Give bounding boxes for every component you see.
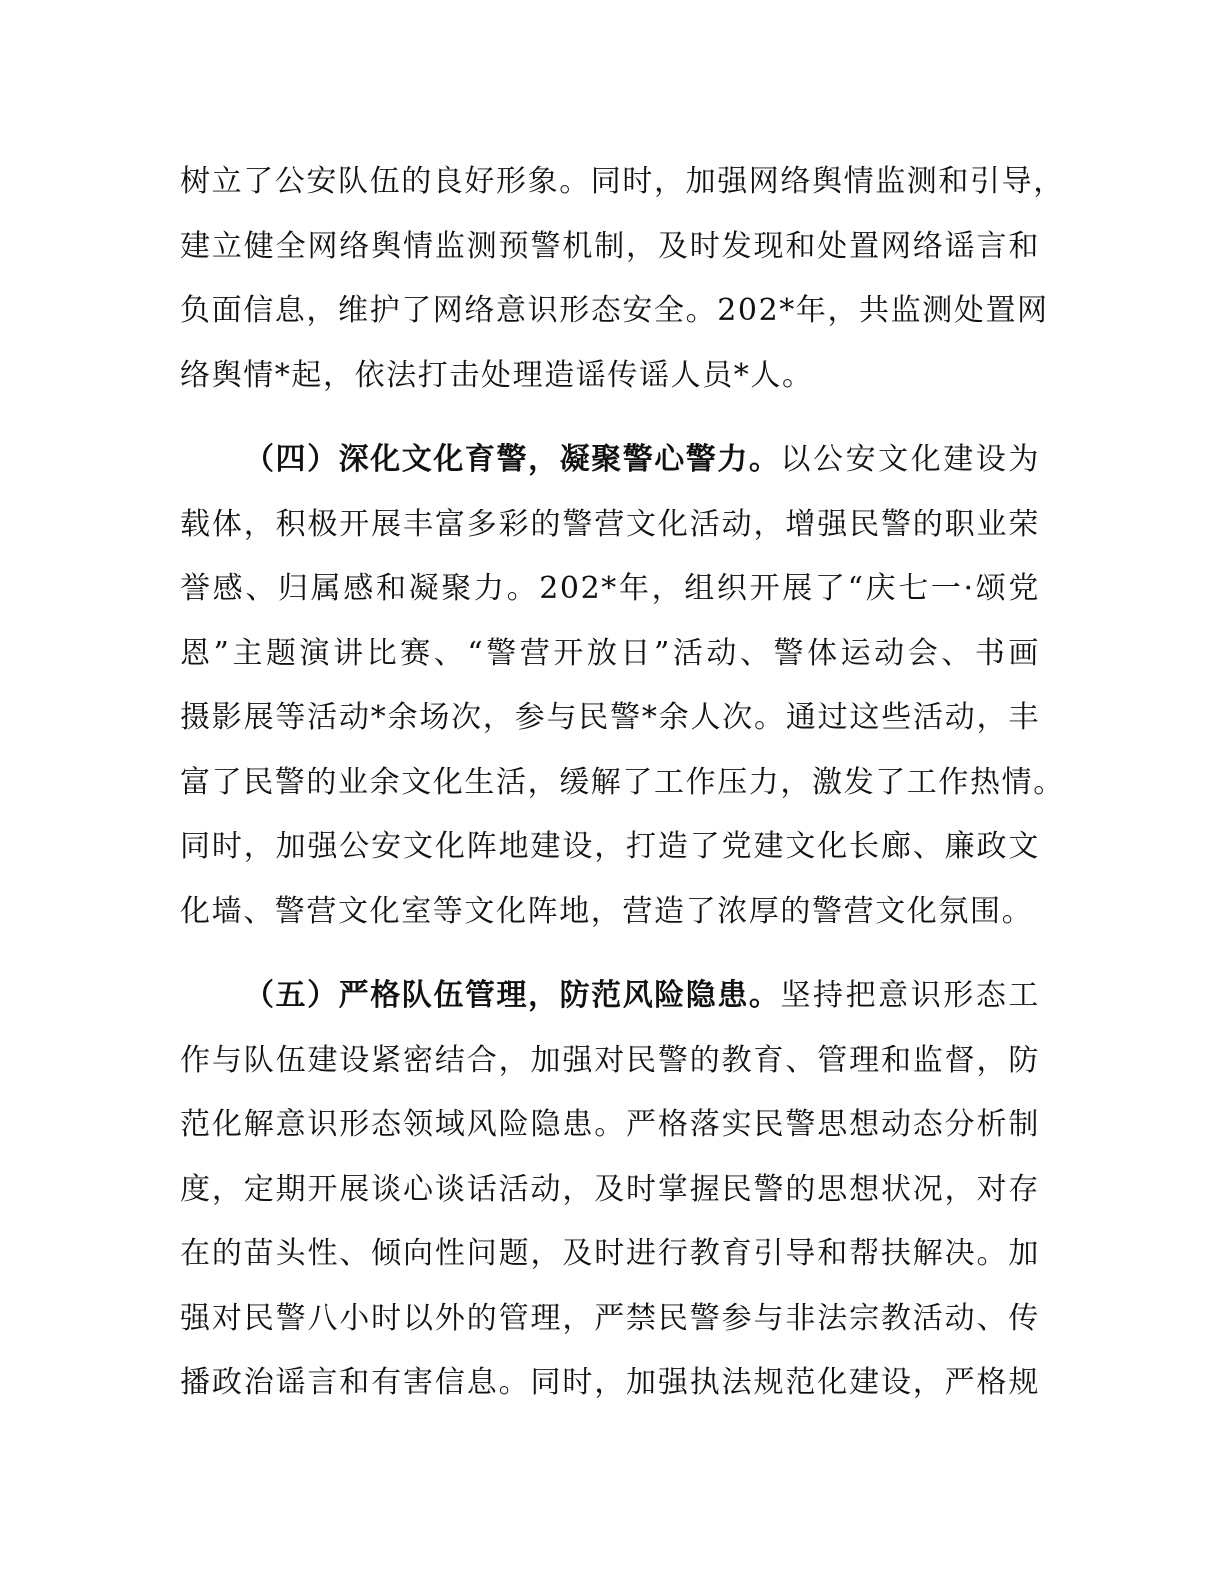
- text-line: 恩”主题演讲比赛、“警营开放日”活动、警体运动会、书画: [180, 622, 1040, 687]
- section-5-first-line: （五）严格队伍管理，防范风险隐患。坚持把意识形态工: [180, 964, 1040, 1029]
- text-line: 建立健全网络舆情监测预警机制，及时发现和处置网络谣言和: [180, 215, 1040, 280]
- section-4-first-line: （四）深化文化育警，凝聚警心警力。以公安文化建设为: [180, 428, 1040, 493]
- text-line: 誉感、归属感和凝聚力。202*年，组织开展了“庆七一·颂党: [180, 557, 1040, 622]
- section-4-heading: （四）深化文化育警，凝聚警心警力。: [244, 442, 780, 477]
- paragraph-section-4: （四）深化文化育警，凝聚警心警力。以公安文化建设为 载体，积极开展丰富多彩的警营…: [180, 428, 1040, 944]
- text-line: 化墙、警营文化室等文化阵地，营造了浓厚的警营文化氛围。: [180, 880, 1040, 945]
- text-line: 载体，积极开展丰富多彩的警营文化活动，增强民警的职业荣: [180, 493, 1040, 558]
- text-line: 络舆情*起，依法打击处理造谣传谣人员*人。: [180, 344, 1040, 409]
- section-5-first-line-rest: 坚持把意识形态工: [780, 978, 1040, 1013]
- paragraph-continuation: 树立了公安队伍的良好形象。同时，加强网络舆情监测和引导， 建立健全网络舆情监测预…: [180, 150, 1040, 408]
- text-line: 负面信息，维护了网络意识形态安全。202*年，共监测处置网: [180, 279, 1040, 344]
- paragraph-section-5: （五）严格队伍管理，防范风险隐患。坚持把意识形态工 作与队伍建设紧密结合，加强对…: [180, 964, 1040, 1416]
- text-line: 摄影展等活动*余场次，参与民警*余人次。通过这些活动，丰: [180, 686, 1040, 751]
- text-line: 在的苗头性、倾向性问题，及时进行教育引导和帮扶解决。加: [180, 1222, 1040, 1287]
- text-line: 度，定期开展谈心谈话活动，及时掌握民警的思想状况，对存: [180, 1158, 1040, 1223]
- document-page: 树立了公安队伍的良好形象。同时，加强网络舆情监测和引导， 建立健全网络舆情监测预…: [180, 150, 1040, 1416]
- text-line: 富了民警的业余文化生活，缓解了工作压力，激发了工作热情。: [180, 751, 1040, 816]
- text-line: 强对民警八小时以外的管理，严禁民警参与非法宗教活动、传: [180, 1287, 1040, 1352]
- section-5-heading: （五）严格队伍管理，防范风险隐患。: [244, 978, 780, 1013]
- text-line: 同时，加强公安文化阵地建设，打造了党建文化长廊、廉政文: [180, 815, 1040, 880]
- text-line: 播政治谣言和有害信息。同时，加强执法规范化建设，严格规: [180, 1351, 1040, 1416]
- text-line: 作与队伍建设紧密结合，加强对民警的教育、管理和监督，防: [180, 1029, 1040, 1094]
- section-4-first-line-rest: 以公安文化建设为: [780, 442, 1040, 477]
- text-line: 树立了公安队伍的良好形象。同时，加强网络舆情监测和引导，: [180, 150, 1040, 215]
- text-line: 范化解意识形态领域风险隐患。严格落实民警思想动态分析制: [180, 1093, 1040, 1158]
